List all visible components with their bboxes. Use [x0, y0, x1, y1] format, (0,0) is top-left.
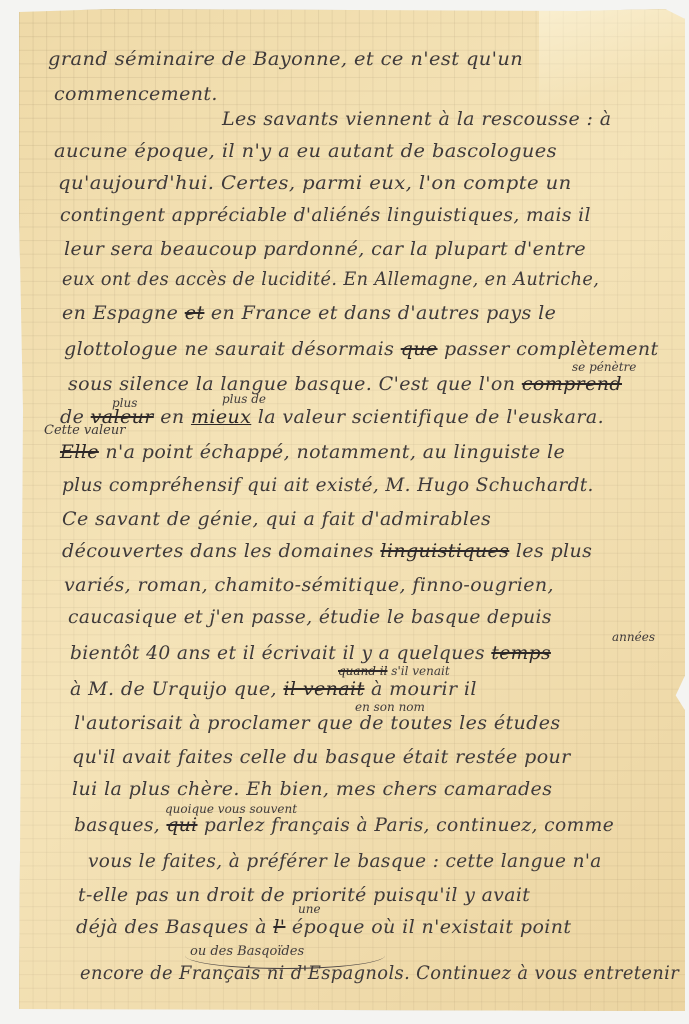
- text-line-9: en Espagne et en France et dans d'autres…: [62, 302, 556, 324]
- text-segment: n'a point échappé, notamment, au linguis…: [105, 441, 565, 463]
- text-line-7: leur sera beaucoup pardonné, car la plup…: [64, 238, 586, 260]
- text-line-16: découvertes dans les domaines linguistiq…: [62, 540, 592, 562]
- text-line-3: Les savants viennent à la rescousse : à: [222, 108, 612, 130]
- text-segment: parlez français à Paris, continuez, comm…: [204, 814, 614, 836]
- text-segment: la valeur scientifique de l'euskara.: [258, 406, 604, 428]
- text-line-8: eux ont des accès de lucidité. En Allema…: [62, 268, 599, 290]
- text-line-13: Elle n'a point échappé, notamment, au li…: [60, 441, 565, 463]
- text-line-20: à M. de Urquijo que, il venait à mourir …: [70, 678, 477, 700]
- struck-word: comprend: [522, 373, 622, 395]
- text-line-28: encore de Français ni d'Espagnols. Conti…: [80, 962, 679, 984]
- margin-insertion: Cette valeur: [44, 423, 125, 438]
- struck-word: temps: [491, 642, 551, 664]
- text-line-25: vous le faites, à préférer le basque : c…: [88, 850, 602, 872]
- text-line-21: l'autorisait à proclamer que de toutes l…: [74, 712, 561, 734]
- text-segment: à M. de Urquijo que,: [70, 678, 277, 700]
- struck-word: que: [401, 338, 438, 360]
- struck-word: il venait: [283, 678, 364, 700]
- text-segment: basques,: [74, 814, 160, 836]
- insertion-above: se pénètre: [572, 360, 636, 374]
- text-line-22: qu'il avait faites celle du basque était…: [72, 746, 571, 768]
- text-segment: en Espagne: [62, 302, 178, 324]
- text-segment: glottologue ne saurait désormais: [64, 338, 394, 360]
- struck-word: qui: [166, 814, 197, 836]
- insertion-above: plus de: [222, 392, 266, 406]
- text-line-23: lui la plus chère. Eh bien, mes chers ca…: [72, 778, 552, 800]
- text-line-17: variés, roman, chamito-sémitique, finno-…: [64, 574, 554, 596]
- text-line-15: Ce savant de génie, qui a fait d'admirab…: [62, 508, 491, 530]
- text-line-5: qu'aujourd'hui. Certes, parmi eux, l'on …: [58, 172, 572, 194]
- struck-word: mieux: [191, 406, 251, 428]
- text-segment: que de toutes les études: [316, 712, 560, 734]
- struck-word: l': [273, 916, 285, 938]
- text-line-19: bientôt 40 ans et il écrivait il y a que…: [70, 642, 551, 664]
- text-line-14: plus compréhensif qui ait existé, M. Hug…: [62, 474, 594, 496]
- text-segment: passer complètement: [444, 338, 659, 360]
- insertion-text: s'il venait: [391, 664, 449, 678]
- text-segment: en: [160, 406, 184, 428]
- insertion-above: une: [298, 902, 321, 916]
- text-segment: bientôt 40 ans et il écrivait il y a que…: [70, 642, 485, 664]
- text-line-24: basques, qui parlez français à Paris, co…: [74, 814, 614, 836]
- struck-word: linguistiques: [380, 540, 509, 562]
- text-line-6: contingent appréciable d'aliénés linguis…: [60, 204, 591, 226]
- text-line-1: grand séminaire de Bayonne, et ce n'est …: [48, 48, 523, 70]
- text-segment: les plus: [516, 540, 593, 562]
- text-segment: sous silence la langue basque. C'est que…: [68, 373, 515, 395]
- struck-word: Elle: [60, 441, 99, 463]
- text-line-4: aucune époque, il n'y a eu autant de bas…: [54, 140, 557, 162]
- text-segment: l'autorisait à proclamer: [74, 712, 310, 734]
- struck-word: et: [185, 302, 205, 324]
- text-line-10: glottologue ne saurait désormais que pas…: [64, 338, 659, 360]
- text-line-18: caucasique et j'en passe, étudie le basq…: [68, 606, 552, 628]
- text-segment: en France et dans d'autres pays le: [211, 302, 556, 324]
- text-line-11: sous silence la langue basque. C'est que…: [68, 373, 622, 395]
- insertion-above: quand il s'il venait: [338, 664, 450, 678]
- struck-insertion: quand il: [338, 664, 387, 678]
- text-line-2: commencement.: [54, 83, 218, 105]
- text-line-12: de valeur en mieux la valeur scientifiqu…: [60, 406, 604, 428]
- text-segment: déjà des Basques à: [76, 916, 267, 938]
- text-line-27: déjà des Basques à l' époque où il n'exi…: [76, 916, 571, 938]
- text-segment: époque où il n'existait point: [292, 916, 572, 938]
- text-segment: découvertes dans les domaines: [62, 540, 374, 562]
- text-segment: à mourir il: [371, 678, 477, 700]
- insertion-above: années: [612, 630, 655, 644]
